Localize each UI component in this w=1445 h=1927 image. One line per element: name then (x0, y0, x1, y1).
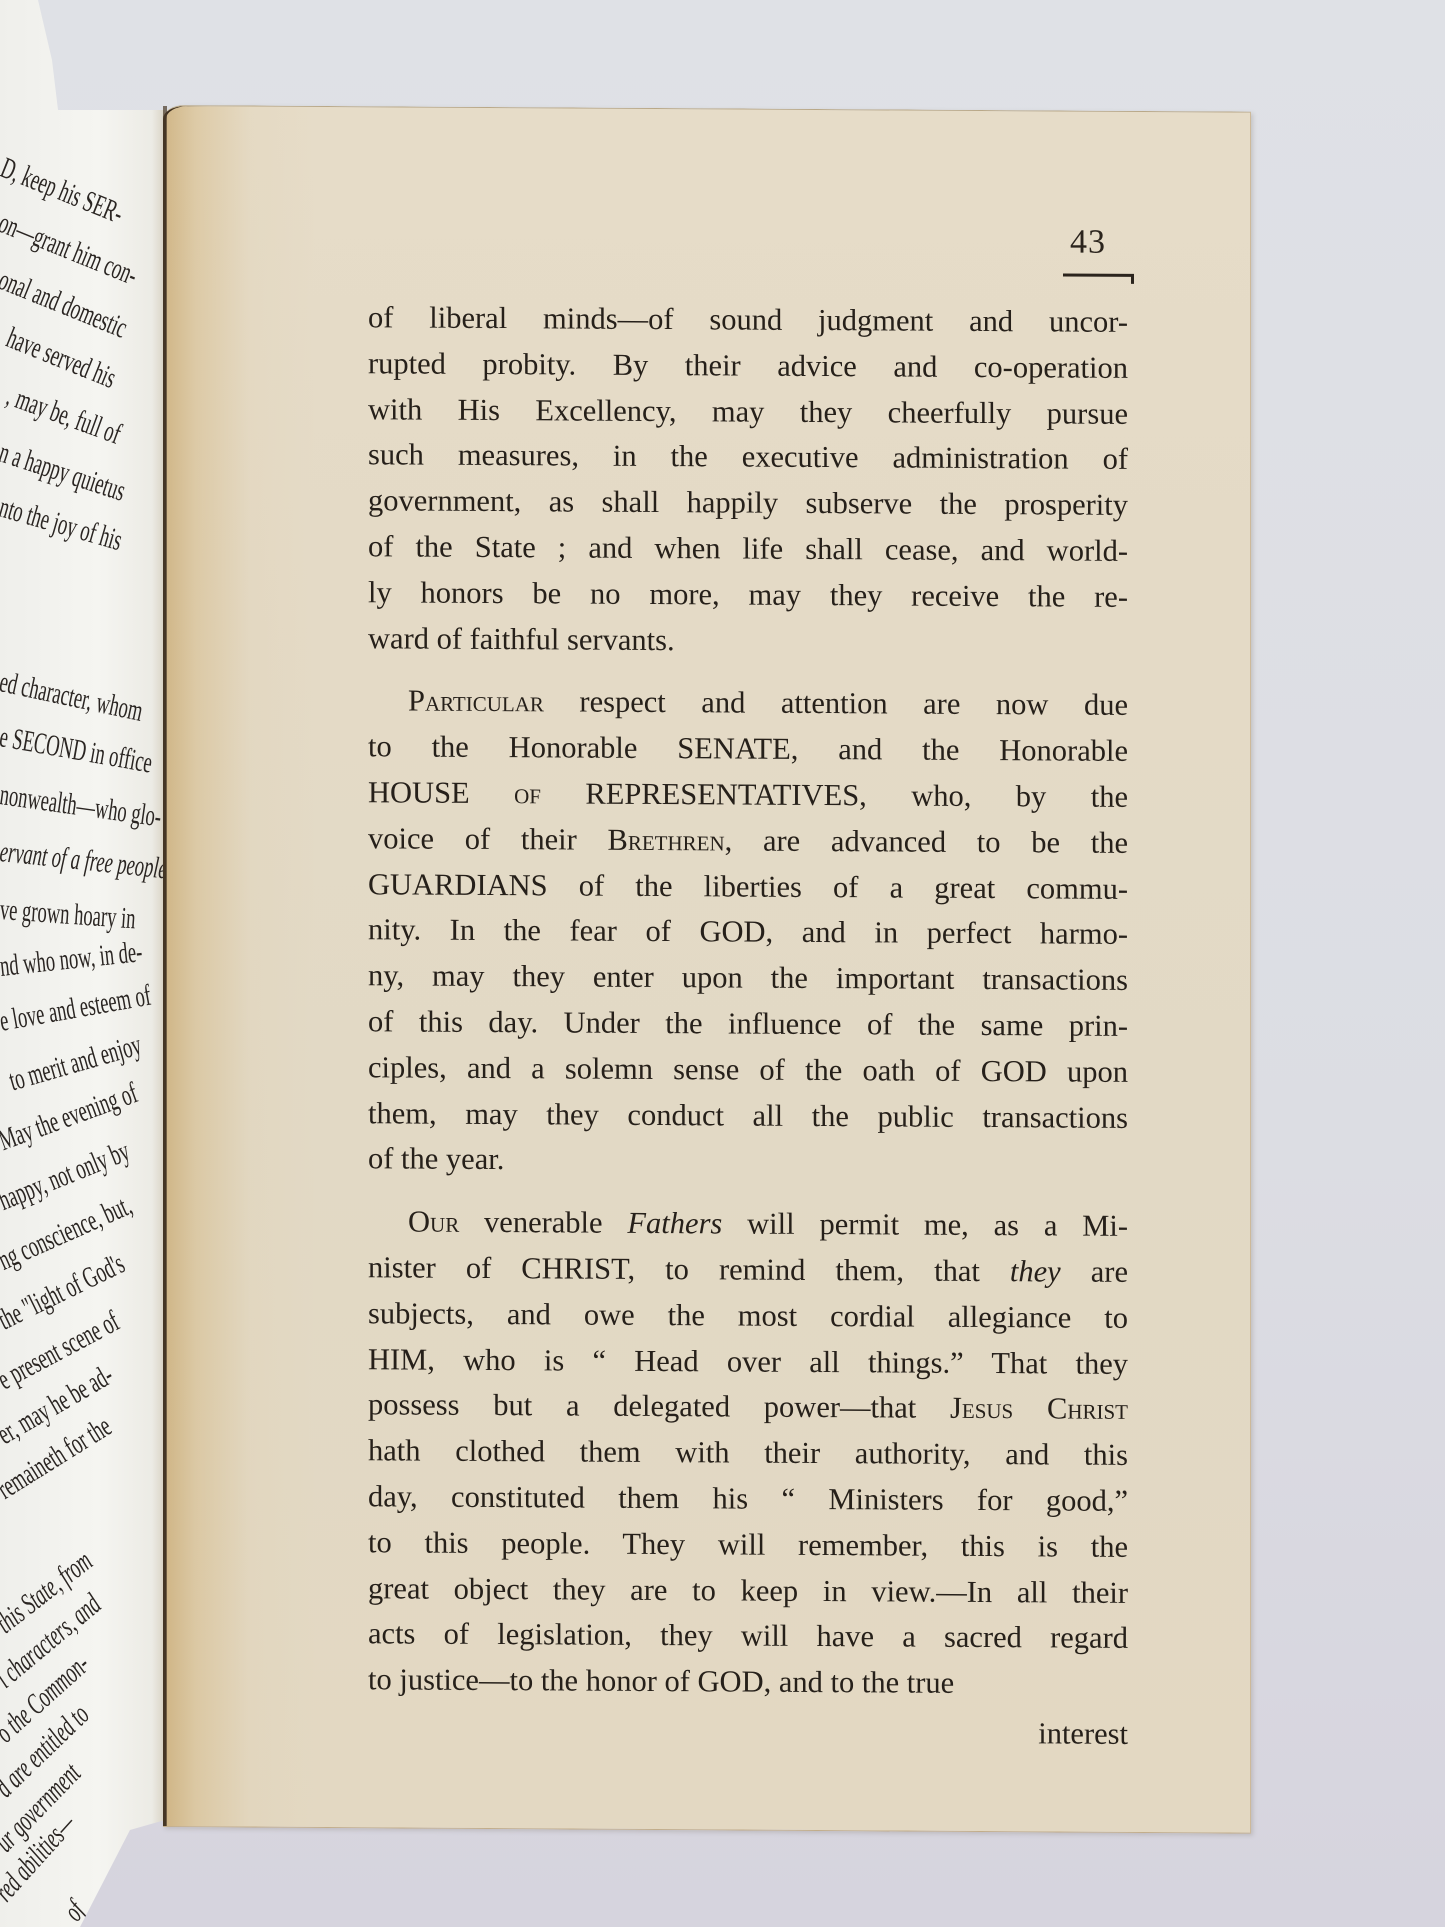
text-span: of the year. (368, 1142, 504, 1177)
italic-text: they (1010, 1254, 1061, 1288)
left-page-text-fragment: nonwealth—who glo- (0, 778, 164, 834)
text-line: Particular respect and attention are now… (368, 679, 1128, 729)
text-span: GUARDIANS of the liberties of a great co… (368, 867, 1128, 906)
text-span: ly honors be no more, may they receive t… (368, 575, 1128, 614)
text-line: of the year. (368, 1137, 1128, 1187)
text-line: rupted probity. By their advice and co-o… (368, 341, 1128, 391)
text-line: nister of CHRIST, to remind them, that t… (368, 1245, 1128, 1295)
small-caps-text: of (514, 776, 541, 810)
text-span: acts of legislation, they will have a sa… (368, 1617, 1128, 1656)
text-span: to justice—to the honor of GOD, and to t… (368, 1662, 954, 1700)
text-span: ciples, and a solemn sense of the oath o… (368, 1050, 1128, 1089)
left-facing-page: D, keep his SER-on—grant him con-onal an… (0, 0, 165, 1927)
text-span: REPRESENTATIVES, who, by the (541, 776, 1128, 814)
text-span: such measures, in the executive administ… (368, 438, 1128, 477)
paragraph: Our venerable Fathers will permit me, as… (368, 1199, 1128, 1707)
text-line: to justice—to the honor of GOD, and to t… (368, 1657, 1128, 1707)
text-line: to this people. They will remember, this… (368, 1520, 1128, 1570)
text-line: nity. In the fear of GOD, and in perfect… (368, 908, 1128, 958)
text-line: ciples, and a solemn sense of the oath o… (368, 1045, 1128, 1095)
text-span: voice of their (368, 821, 607, 856)
text-span: with His Excellency, may they cheerfully… (368, 392, 1128, 431)
body-text: of liberal minds—of sound judgment and u… (368, 295, 1128, 1757)
text-span: are (1061, 1254, 1128, 1288)
small-caps-text: Particular (408, 684, 544, 719)
text-line: to the Honorable SENATE, and the Honorab… (368, 724, 1128, 774)
text-line: great object they are to keep in view.—I… (368, 1566, 1128, 1616)
text-span: possess but a delegated power—that (368, 1388, 950, 1426)
text-span: rupted probity. By their advice and co-o… (368, 346, 1128, 385)
text-line: HOUSE of REPRESENTATIVES, who, by the (368, 770, 1128, 820)
text-line: government, as shall happily subserve th… (368, 478, 1128, 528)
text-span: to the Honorable SENATE, and the Honorab… (368, 729, 1128, 768)
text-line: acts of legislation, they will have a sa… (368, 1612, 1128, 1662)
text-line: subjects, and owe the most cordial alleg… (368, 1291, 1128, 1341)
left-page-text-fragment: e SECOND in office (0, 720, 155, 780)
text-line: HIM, who is “ Head over all things.” Tha… (368, 1337, 1128, 1387)
text-line: ly honors be no more, may they receive t… (368, 570, 1128, 620)
right-page: 43 of liberal minds—of sound judgment an… (163, 105, 1251, 1834)
text-line: with His Excellency, may they cheerfully… (368, 387, 1128, 437)
paragraph: of liberal minds—of sound judgment and u… (368, 295, 1128, 666)
text-span: , are advanced to be the (725, 823, 1128, 859)
text-span: of liberal minds—of sound judgment and u… (368, 300, 1128, 339)
text-span: to this people. They will remember, this… (368, 1525, 1128, 1564)
left-page-text-fragment: ervant of a free people" (0, 835, 165, 887)
text-line: Our venerable Fathers will permit me, as… (368, 1199, 1128, 1249)
paragraph: Particular respect and attention are now… (368, 679, 1128, 1187)
text-span: day, constituted them his “ Ministers fo… (368, 1479, 1128, 1518)
text-span: of the State ; and when life shall cease… (368, 529, 1128, 568)
page-number: 43 (1070, 224, 1106, 262)
text-line: GUARDIANS of the liberties of a great co… (368, 862, 1128, 912)
text-span: them, may they conduct all the public tr… (368, 1096, 1128, 1135)
text-line: voice of their Brethren, are advanced to… (368, 816, 1128, 866)
catchword: interest (368, 1707, 1128, 1757)
text-span: will permit me, as a Mi- (722, 1207, 1128, 1243)
text-line: of the State ; and when life shall cease… (368, 524, 1128, 574)
left-page-text-fragment: nd who now, in de- (0, 935, 144, 984)
italic-text: Fathers (627, 1206, 722, 1241)
small-caps-text: Jesus Christ (950, 1391, 1128, 1426)
text-line: of this day. Under the influence of the … (368, 999, 1128, 1049)
text-span: great object they are to keep in view.—I… (368, 1571, 1128, 1610)
text-span: hath clothed them with their authority, … (368, 1433, 1128, 1472)
page-number-rule (1063, 273, 1131, 276)
text-span: HIM, who is “ Head over all things.” Tha… (368, 1342, 1128, 1381)
text-line: such measures, in the executive administ… (368, 433, 1128, 483)
text-line: ward of faithful servants. (368, 616, 1128, 666)
small-caps-text: Our (408, 1205, 459, 1239)
text-span: ward of faithful servants. (368, 621, 675, 657)
small-caps-text: Brethren (607, 822, 724, 857)
left-page-text-fragment: ed character, whom (0, 665, 146, 728)
text-line: them, may they conduct all the public tr… (368, 1091, 1128, 1141)
text-line: hath clothed them with their authority, … (368, 1428, 1128, 1478)
text-span: nister of CHRIST, to remind them, that (368, 1250, 1010, 1288)
left-page-text-fragment: of (57, 1895, 92, 1927)
text-line: ny, may they enter upon the important tr… (368, 953, 1128, 1003)
text-span: nity. In the fear of GOD, and in perfect… (368, 913, 1128, 952)
text-span: venerable (459, 1205, 627, 1240)
text-span: subjects, and owe the most cordial alleg… (368, 1296, 1128, 1335)
text-line: day, constituted them his “ Ministers fo… (368, 1474, 1128, 1524)
text-span: of this day. Under the influence of the … (368, 1004, 1128, 1043)
text-span: respect and attention are now due (544, 685, 1128, 723)
left-page-text-fragment: ve grown hoary in (0, 893, 137, 936)
text-span: ny, may they enter upon the important tr… (368, 958, 1128, 997)
gutter-shadow (163, 106, 167, 1826)
text-line: possess but a delegated power—that Jesus… (368, 1383, 1128, 1433)
text-span: HOUSE (368, 775, 514, 810)
text-line: of liberal minds—of sound judgment and u… (368, 295, 1128, 345)
text-span: government, as shall happily subserve th… (368, 483, 1128, 522)
